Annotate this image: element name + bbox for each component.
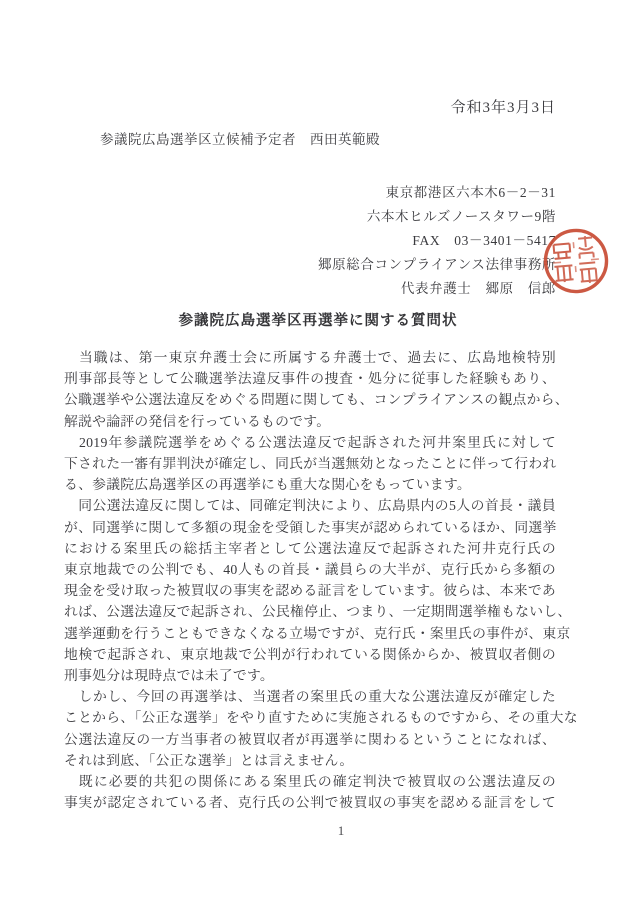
- text-line: が、同選挙に関して多額の現金を受領した事実が認められているほか、同選挙: [64, 517, 556, 538]
- text-line: における案里氏の総括主宰者として公選法違反で起訴された河井克行氏の: [64, 538, 556, 559]
- text-line: 下された一審有罪判決が確定し、同氏が当選無効となったことに伴って行われ: [64, 453, 556, 474]
- text-line: る、参議院広島選挙区の再選挙にも重大な関心をもっています。: [64, 474, 556, 495]
- recipient: 参議院広島選挙区立候補予定者 西田英範殿: [100, 128, 380, 148]
- text-line: 事実が認定されている者、克行氏の公判で被買収の事実を認める証言をして: [64, 792, 556, 813]
- text-line: ことから、「公正な選挙」をやり直すために実施されるものですから、その重大な: [64, 707, 556, 728]
- sender-line: 代表弁護士 郷原 信郎: [318, 277, 556, 301]
- date: 令和3年3月3日: [450, 96, 556, 117]
- text-line: しかし、今回の再選挙は、当選者の案里氏の重大な公選法違反が確定した: [64, 686, 556, 707]
- text-line: それは到底、「公正な選挙」とは言えません。: [64, 750, 556, 771]
- document-page: 令和3年3月3日 参議院広島選挙区立候補予定者 西田英範殿 東京都港区六本木6－…: [0, 0, 636, 899]
- red-seal-stamp: [541, 224, 611, 298]
- paragraph: 既に必要的共犯の関係にある案里氏の確定判決で被買収の公選法違反の事実が認定されて…: [64, 771, 556, 813]
- text-line: 同公選法違反に関しては、同確定判決により、広島県内の5人の首長・議員: [64, 495, 556, 516]
- paragraph: しかし、今回の再選挙は、当選者の案里氏の重大な公選法違反が確定したことから、「公…: [64, 686, 556, 771]
- text-line: 公選法違反の一方当事者の被買収者が再選挙に関わるということになれば、: [64, 729, 556, 750]
- text-line: 選挙運動を行うこともできなくなる立場ですが、克行氏・案里氏の事件が、東京: [64, 623, 556, 644]
- text-line: れば、公選法違反で起訴され、公民権停止、つまり、一定期間選挙権もないし、: [64, 601, 556, 622]
- sender-block: 東京都港区六本木6－2－31六本木ヒルズノースタワー9階FAX 03－3401－…: [318, 181, 556, 301]
- sender-line: 東京都港区六本木6－2－31: [318, 181, 556, 205]
- letter-body: 当職は、第一東京弁護士会に所属する弁護士で、過去に、広島地検特別刑事部長等として…: [64, 347, 556, 813]
- text-line: 既に必要的共犯の関係にある案里氏の確定判決で被買収の公選法違反の: [64, 771, 556, 792]
- text-line: 地検で起訴され、東京地裁で公判が行われている関係からか、被買収者側の: [64, 644, 556, 665]
- text-line: 東京地裁での公判でも、40人もの首長・議員らの大半が、克行氏から多額の: [64, 559, 556, 580]
- document-title: 参議院広島選挙区再選挙に関する質問状: [0, 309, 636, 330]
- paragraph: 同公選法違反に関しては、同確定判決により、広島県内の5人の首長・議員が、同選挙に…: [64, 495, 556, 686]
- text-line: 当職は、第一東京弁護士会に所属する弁護士で、過去に、広島地検特別: [64, 347, 556, 368]
- text-line: 刑事部長等として公職選挙法違反事件の捜査・処分に従事した経験もあり、: [64, 368, 556, 389]
- text-line: 解説や論評の発信を行っているものです。: [64, 411, 556, 432]
- sender-line: 郷原総合コンプライアンス法律事務所: [318, 253, 556, 277]
- text-line: 現金を受け取った被買収の事実を認める証言をしています。彼らは、本来であ: [64, 580, 556, 601]
- page-number: 1: [0, 823, 636, 839]
- paragraph: 2019年参議院選挙をめぐる公選法違反で起訴された河井案里氏に対して下された一審…: [64, 432, 556, 496]
- text-line: 2019年参議院選挙をめぐる公選法違反で起訴された河井案里氏に対して: [64, 432, 556, 453]
- paragraph: 当職は、第一東京弁護士会に所属する弁護士で、過去に、広島地検特別刑事部長等として…: [64, 347, 556, 432]
- sender-line: 六本木ヒルズノースタワー9階: [318, 205, 556, 229]
- hanko-seal-icon: [541, 224, 611, 298]
- text-line: 公職選挙や公選法違反をめぐる問題に関しても、コンプライアンスの観点から、: [64, 389, 556, 410]
- text-line: 刑事処分は現時点では未了です。: [64, 665, 556, 686]
- sender-line: FAX 03－3401－5417: [318, 229, 556, 253]
